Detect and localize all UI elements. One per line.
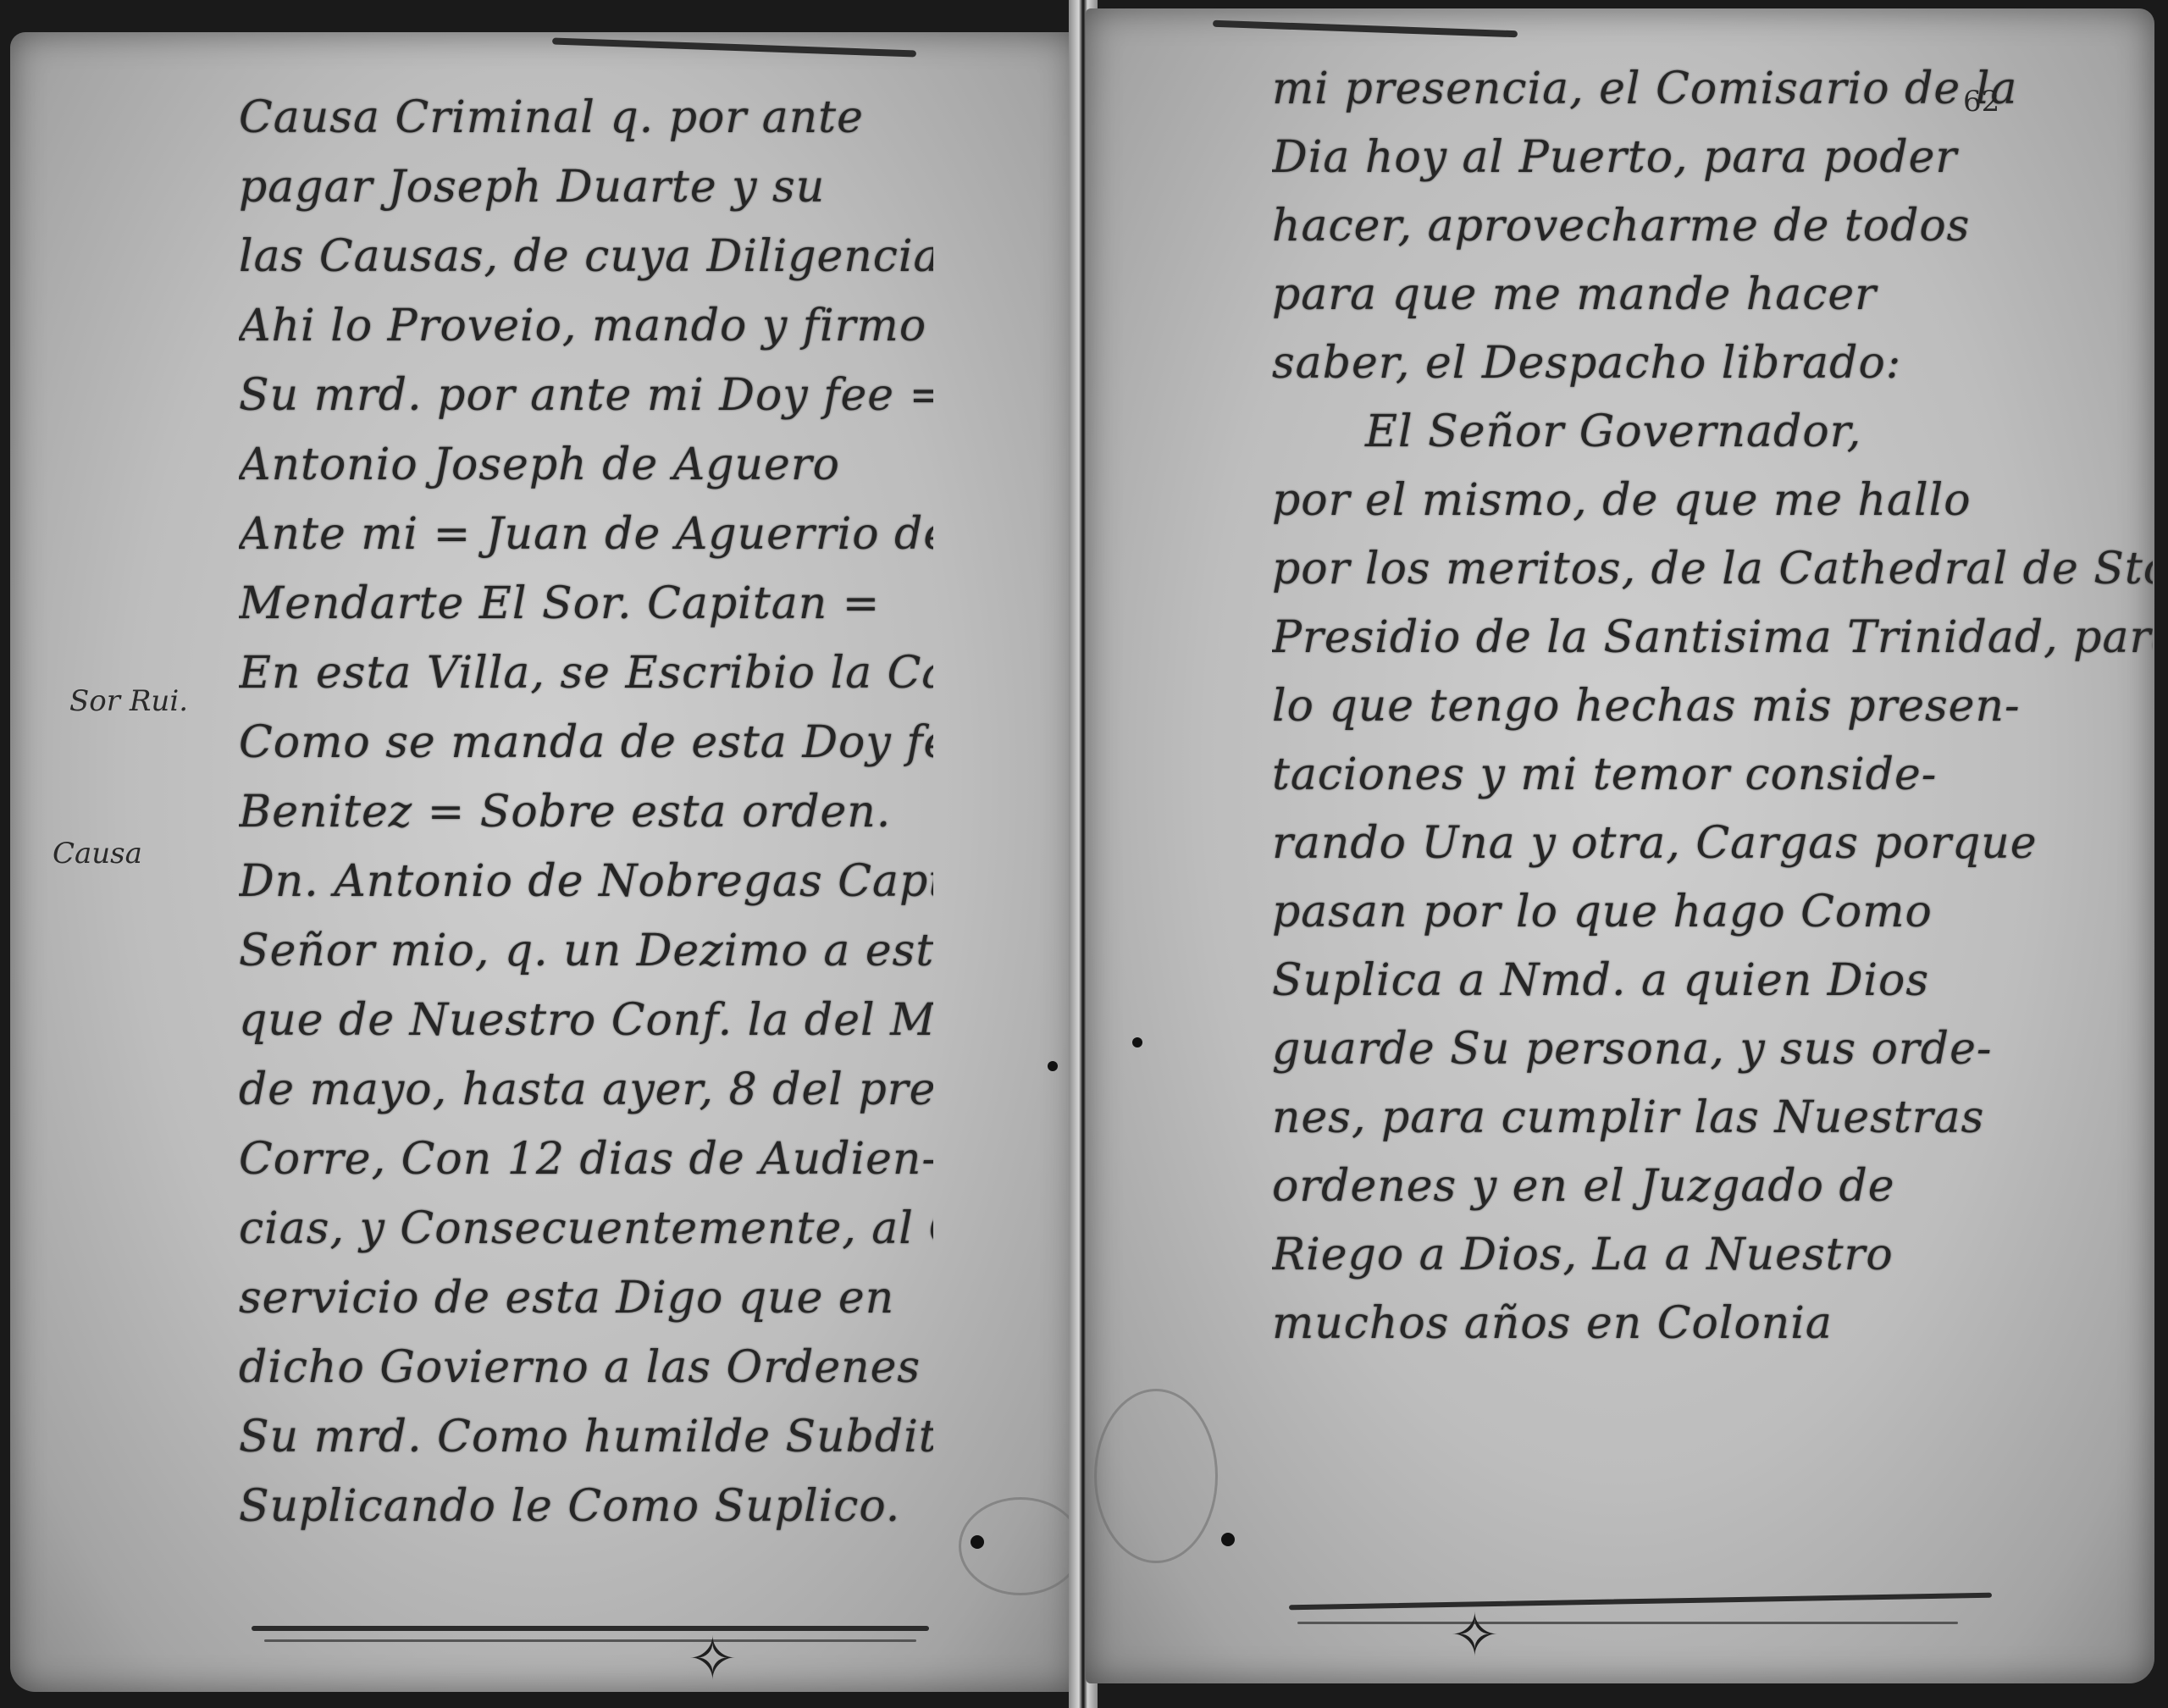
text-line: El Señor Governador, [1272, 398, 2153, 467]
closing-rule-thin [264, 1639, 916, 1642]
text-line: muchos años en Colonia [1272, 1290, 2153, 1358]
text-line: Dn. Antonio de Nobregas Capt. [239, 847, 933, 916]
text-line: En esta Villa, se Escribio la Carta [239, 638, 933, 708]
rubric-mark: ✧ [1450, 1600, 1500, 1670]
top-pen-stroke [552, 37, 916, 57]
right-page: 62 mi presencia, el Comisario de la Dia … [1086, 8, 2154, 1683]
closing-rule [1289, 1593, 1992, 1610]
margin-note-2: Causa [53, 837, 142, 871]
text-line: Antonio Joseph de Aguero [239, 430, 933, 500]
ink-dot [1132, 1037, 1142, 1047]
text-line: saber, el Despacho librado: [1272, 329, 2153, 398]
ink-dot [971, 1535, 984, 1549]
text-line: Benitez = Sobre esta orden. [239, 777, 933, 847]
closing-rule [252, 1626, 929, 1631]
left-page-text: Causa Criminal q. por ante pagar Joseph … [239, 83, 933, 1541]
text-line: para que me mande hacer [1272, 261, 2153, 329]
text-line: servicio de esta Digo que en [239, 1263, 933, 1333]
text-line: lo que tengo hechas mis presen- [1272, 672, 2153, 741]
text-line: pagar Joseph Duarte y su [239, 152, 933, 222]
text-line: hacer, aprovecharme de todos [1272, 192, 2153, 261]
left-page: Sor Rui. Causa Causa Criminal q. por ant… [10, 32, 1077, 1692]
text-line: cias, y Consecuentemente, al Con [239, 1194, 933, 1263]
text-line: Presidio de la Santisima Trinidad, para [1272, 604, 2153, 672]
text-line: Su mrd. Como humilde Subdito, [239, 1402, 933, 1472]
text-line: Corre, Con 12 dias de Audien- [239, 1125, 933, 1194]
text-line: por los meritos, de la Cathedral de Sto. [1272, 535, 2153, 604]
text-line: Ante mi = Juan de Aguerrio de [239, 500, 933, 569]
text-line: Riego a Dios, La a Nuestro [1272, 1221, 2153, 1290]
text-line: Su mrd. por ante mi Doy fee = [239, 361, 933, 430]
text-line: Causa Criminal q. por ante [239, 83, 933, 152]
bleed-through-flourish [1094, 1389, 1218, 1563]
text-line: ordenes y en el Juzgado de [1272, 1152, 2153, 1221]
text-line: Mendarte El Sor. Capitan = [239, 569, 933, 638]
text-line: que de Nuestro Conf. la del Mes [239, 986, 933, 1055]
text-line: taciones y mi temor conside- [1272, 741, 2153, 810]
text-line: Dia hoy al Puerto, para poder [1272, 124, 2153, 192]
text-line: las Causas, de cuya Diligencia [239, 222, 933, 291]
text-line: rando Una y otra, Cargas porque [1272, 810, 2153, 878]
text-line: de mayo, hasta ayer, 8 del presente [239, 1055, 933, 1125]
text-line: Ahi lo Proveio, mando y firmo [239, 291, 933, 361]
top-pen-stroke [1213, 20, 1518, 38]
text-line: Suplica a Nmd. a quien Dios [1272, 947, 2153, 1015]
text-line: Como se manda de esta Doy fee = [239, 708, 933, 777]
ink-dot [1048, 1061, 1058, 1071]
text-line: por el mismo, de que me hallo [1272, 467, 2153, 535]
ink-dot [1221, 1533, 1235, 1546]
text-line: mi presencia, el Comisario de la [1272, 55, 2153, 124]
text-line: dicho Govierno a las Ordenes de [239, 1333, 933, 1402]
text-line: Señor mio, q. un Dezimo a esta [239, 916, 933, 986]
closing-rule-thin [1297, 1622, 1958, 1624]
text-line: Suplicando le Como Suplico. [239, 1472, 933, 1541]
right-page-text: mi presencia, el Comisario de la Dia hoy… [1272, 55, 2153, 1358]
text-line: pasan por lo que hago Como [1272, 878, 2153, 947]
margin-note-1: Sor Rui. [69, 684, 188, 718]
text-line: guarde Su persona, y sus orde- [1272, 1015, 2153, 1084]
manuscript-scan: Sor Rui. Causa Causa Criminal q. por ant… [0, 0, 2168, 1708]
text-line: nes, para cumplir las Nuestras [1272, 1084, 2153, 1152]
rubric-mark: ✧ [688, 1624, 738, 1694]
